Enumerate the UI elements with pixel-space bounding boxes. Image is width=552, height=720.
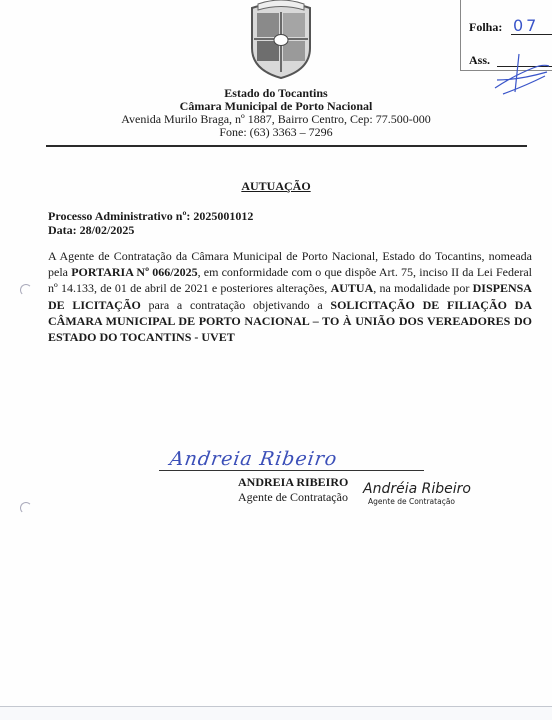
handwritten-signature: Andreia Ribeiro bbox=[168, 448, 338, 470]
punch-hole-mark bbox=[20, 284, 32, 296]
viewer-bottom-bar bbox=[0, 706, 552, 720]
header-divider bbox=[46, 145, 527, 147]
header-phone: Fone: (63) 3363 – 7296 bbox=[0, 126, 552, 139]
body-paragraph: A Agente de Contratação da Câmara Munici… bbox=[48, 248, 532, 345]
signer-role: Agente de Contratação bbox=[238, 490, 348, 505]
ass-label: Ass. bbox=[469, 53, 490, 68]
document-page: Folha: 07 Ass. Estado do Tocantins Câmar… bbox=[0, 0, 552, 706]
signer-stamp-name: Andréia Ribeiro bbox=[363, 481, 471, 497]
folha-label: Folha: bbox=[469, 20, 502, 35]
document-date: Data: 28/02/2025 bbox=[48, 223, 134, 238]
signature-line bbox=[159, 470, 424, 471]
folha-number: 07 bbox=[513, 16, 539, 35]
municipal-crest-logo bbox=[248, 0, 314, 80]
signer-name: ANDREIA RIBEIRO bbox=[238, 475, 348, 490]
page-stamp-box: Folha: 07 Ass. bbox=[460, 0, 552, 71]
signer-stamp-role: Agente de Contratação bbox=[368, 497, 455, 506]
process-number: Processo Administrativo nº: 2025001012 bbox=[48, 209, 253, 224]
document-title: AUTUAÇÃO bbox=[0, 179, 552, 194]
punch-hole-mark bbox=[20, 502, 32, 514]
